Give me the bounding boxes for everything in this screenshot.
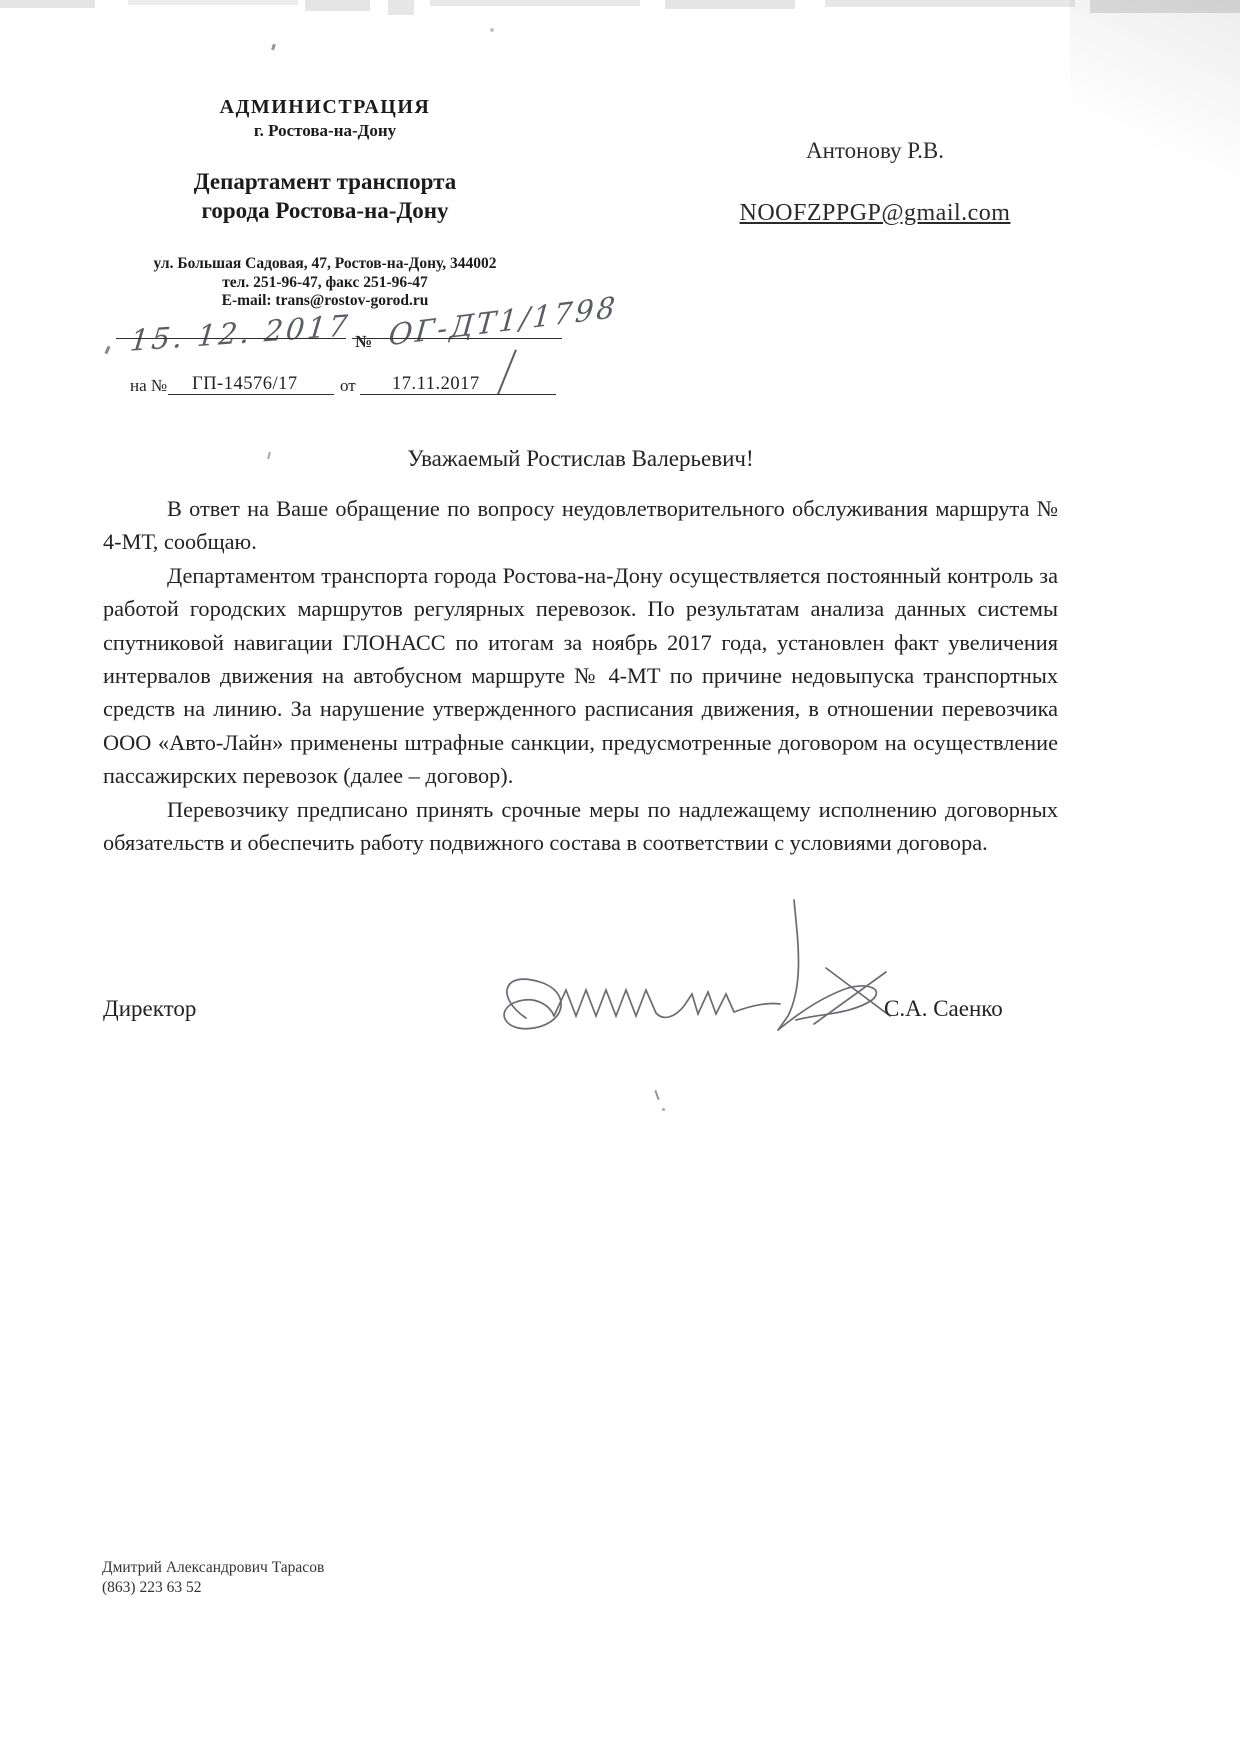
executor-block: Дмитрий Александрович Тарасов (863) 223 … [102,1558,324,1598]
letterhead-contacts: ул. Большая Садовая, 47, Ростов-на-Дону,… [100,255,550,311]
pen-stroke [497,349,517,394]
reply-from-label: от [340,376,356,396]
department-city: города Ростова-на-Дону [100,196,550,225]
scan-speck [490,28,494,32]
handwritten-signature [488,898,908,1073]
org-city: г. Ростова-на-Дону [100,121,550,141]
date-underline [116,338,346,339]
reply-number: ГП-14576/17 [192,374,298,395]
paragraph: Департаментом транспорта города Ростова-… [103,559,1058,793]
reply-to-label: на № [130,376,167,396]
addressee-block: Антонову Р.В. NOOFZPPGP@gmail.com [690,138,1060,227]
scan-artifact [665,0,795,9]
scan-speck [654,1090,659,1100]
salutation: Уважаемый Ростислав Валерьевич! [103,446,1058,472]
scan-artifact [825,0,1075,7]
addressee-email: NOOFZPPGP@gmail.com [690,200,1060,227]
scan-speck [271,44,276,51]
paragraph: Перевозчику предписано принять срочные м… [103,793,1058,860]
scan-artifact [388,0,414,15]
executor-name: Дмитрий Александрович Тарасов [102,1558,324,1578]
department-name: Департамент транспорта [100,167,550,196]
scan-speck [105,346,111,355]
signer-name: С.А. Саенко [884,996,1003,1022]
executor-phone: (863) 223 63 52 [102,1578,324,1598]
scan-speck [662,1108,665,1111]
paragraph: В ответ на Ваше обращение по вопросу неу… [103,492,1058,559]
reply-date: 17.11.2017 [392,374,480,395]
outgoing-date-handwritten: 15. 12. 2017 [128,308,352,358]
letterhead-phone: тел. 251-96-47, факс 251-96-47 [100,274,550,293]
scan-shading [1070,0,1240,220]
org-name: АДМИНИСТРАЦИЯ [100,96,550,119]
number-underline [352,338,562,339]
scan-artifact [0,0,95,8]
letter-body: В ответ на Ваше обращение по вопросу неу… [103,492,1058,859]
addressee-name: Антонову Р.В. [690,138,1060,164]
scan-artifact [128,0,298,5]
signer-title: Директор [103,996,196,1022]
letterhead-address: ул. Большая Садовая, 47, Ростов-на-Дону,… [100,255,550,274]
letterhead: АДМИНИСТРАЦИЯ г. Ростова-на-Дону Департа… [100,96,550,311]
scan-artifact [305,0,370,11]
scan-artifact [430,0,640,6]
scanned-letter-page: АДМИНИСТРАЦИЯ г. Ростова-на-Дону Департа… [0,0,1240,1753]
number-label: № [355,332,372,352]
